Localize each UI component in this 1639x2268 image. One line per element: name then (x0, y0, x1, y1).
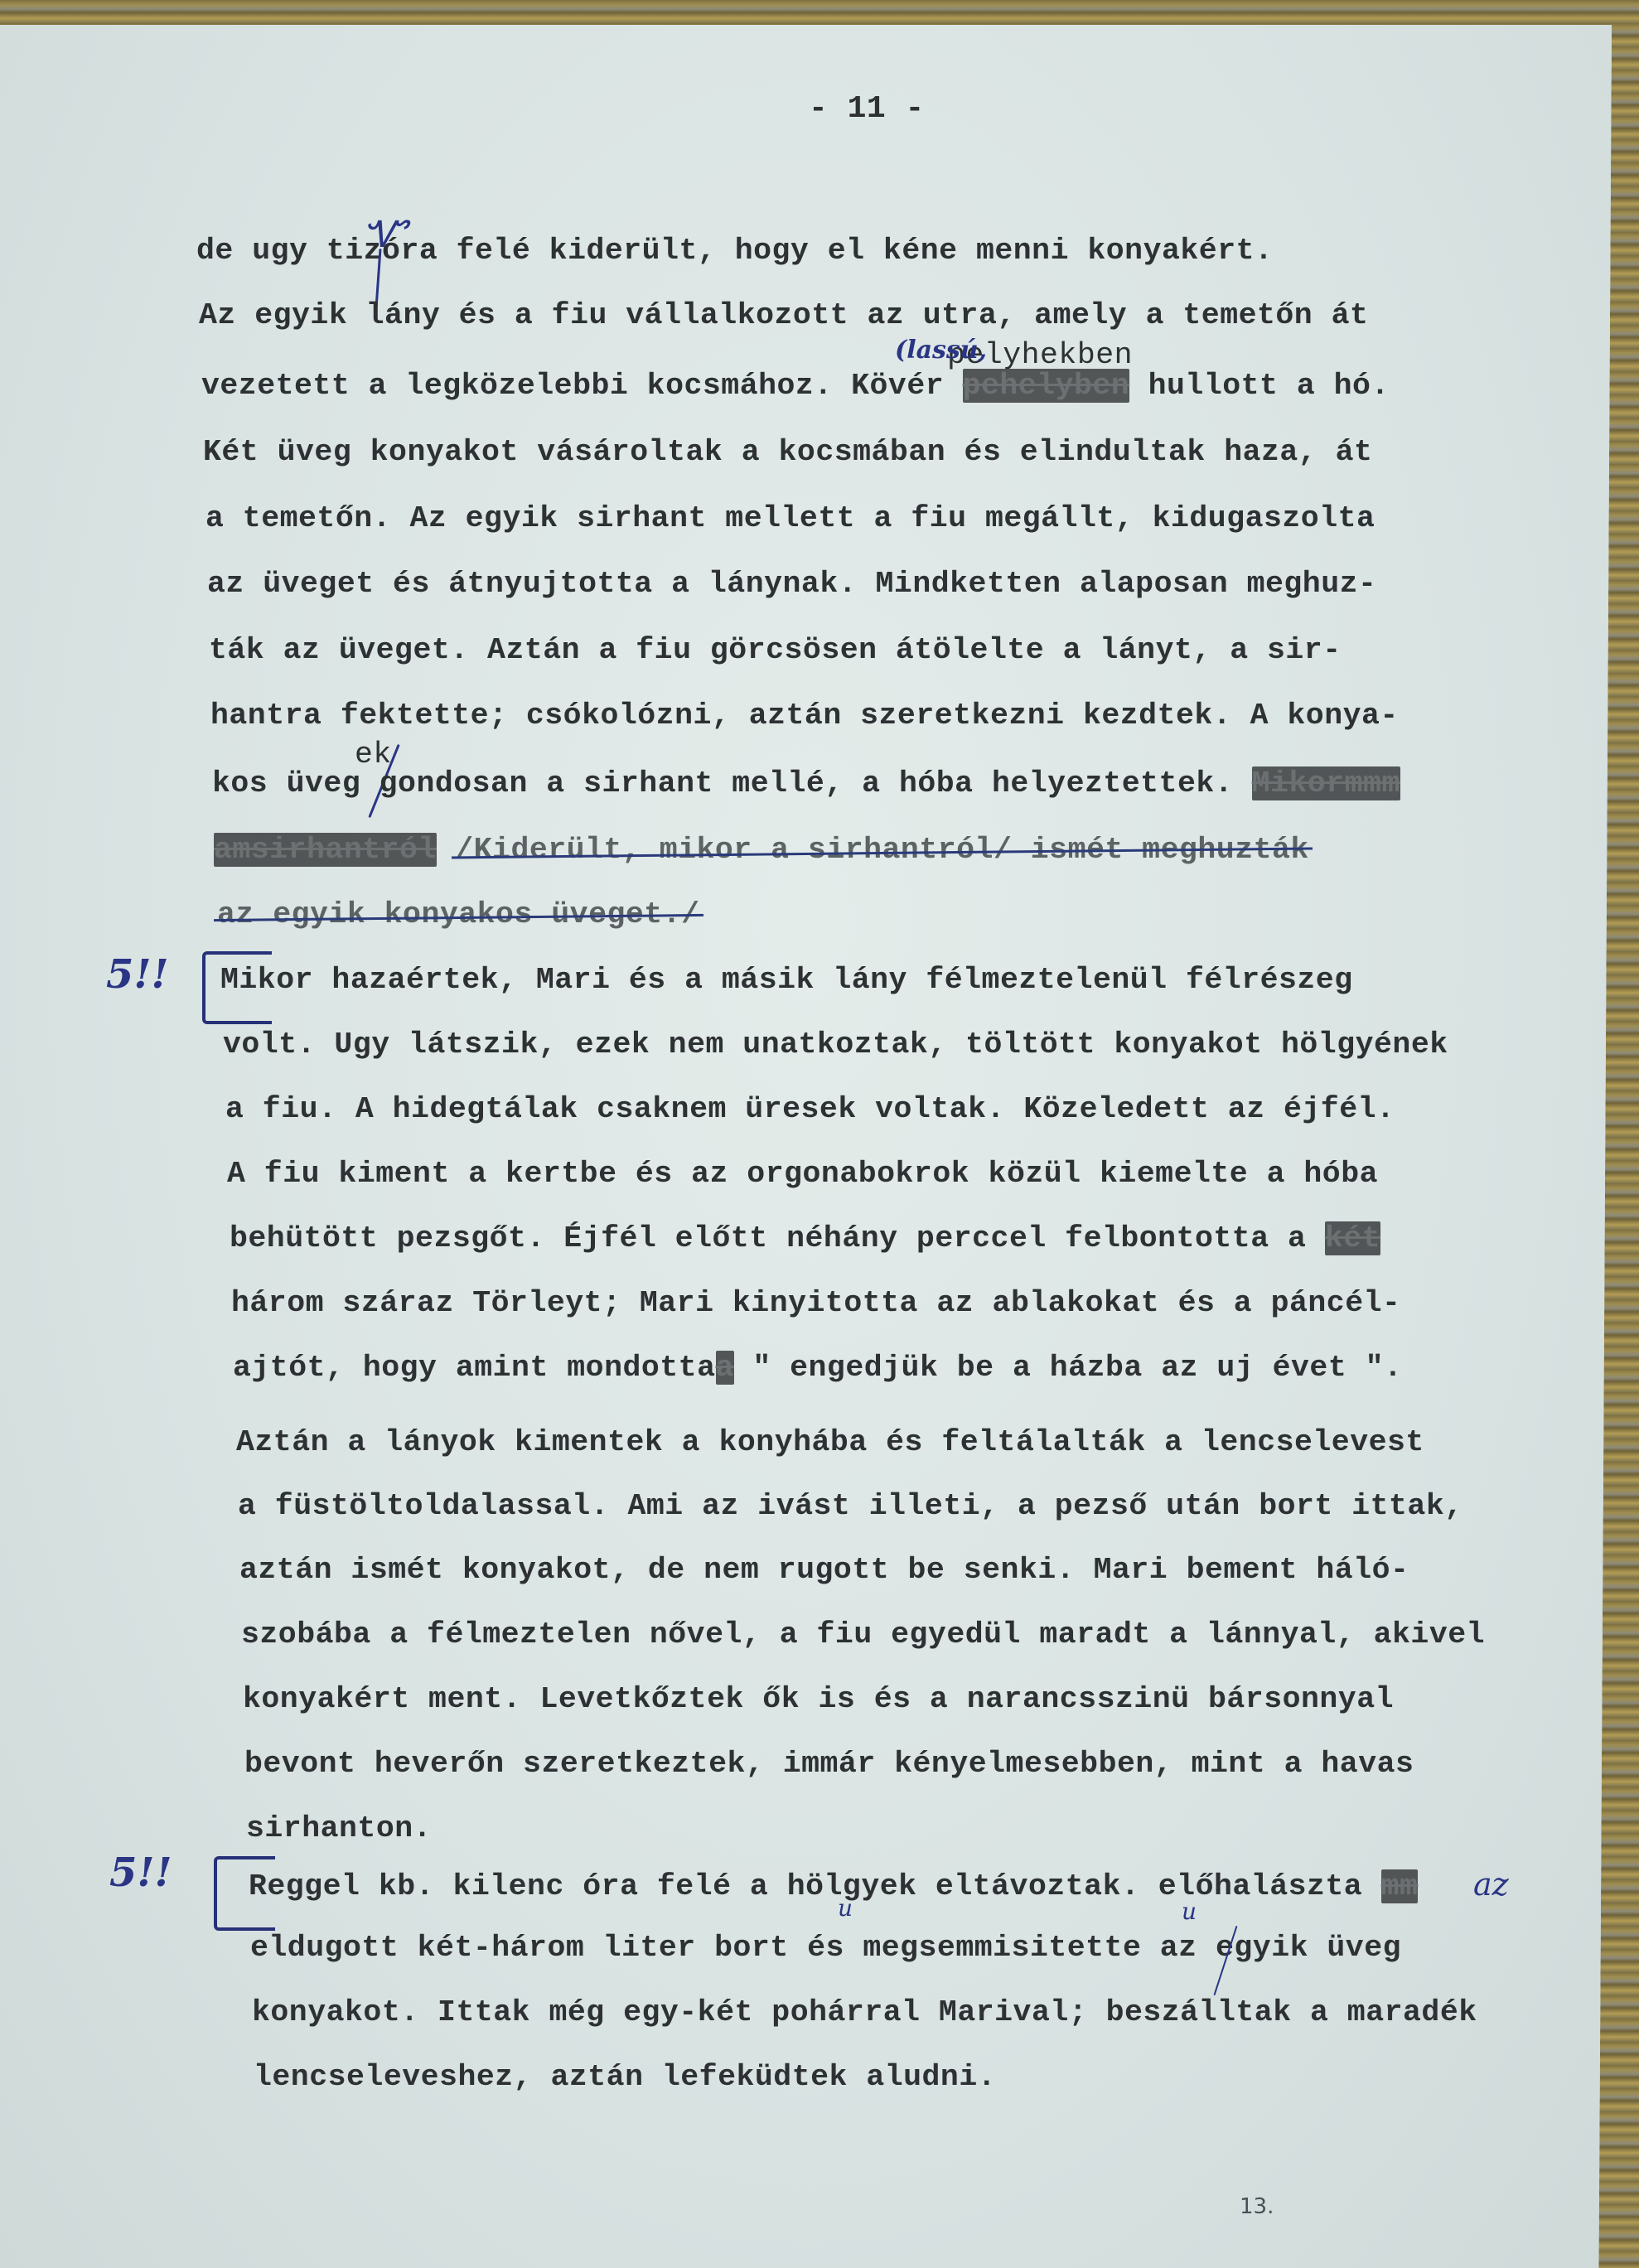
text-line-26: Reggel kb. kilenc óra felé a hölgyek elt… (249, 1869, 1418, 1903)
text-line-9-mid: gondosan a sirhant mellé, a hóba helyezt… (380, 766, 1234, 800)
text-line-19: Aztán a lányok kimentek a konyhába és fe… (236, 1425, 1424, 1459)
text-line-22: szobába a félmeztelen nővel, a fiu egyed… (241, 1618, 1485, 1651)
text-line-28: konyakot. Ittak még egy-két pohárral Mar… (252, 1995, 1477, 2029)
text-line-15: A fiu kiment a kertbe és az orgonabokrok… (227, 1157, 1378, 1191)
text-line-24: bevont heverőn szeretkeztek, immár kénye… (244, 1747, 1414, 1781)
typed-overstrike: amsirhantról (214, 833, 437, 867)
text-line-10: amsirhantról /Kiderült, mikor a sirhantr… (214, 833, 1309, 867)
text-line-16-start: behütött pezsgőt. Éjfél előtt néhány per… (230, 1221, 1306, 1255)
text-line-18: ajtót, hogy amint mondottaa " engedjük b… (233, 1351, 1402, 1385)
margin-mark-1: 5!! (106, 951, 169, 998)
handwritten-insert-lassu: (lassú, (895, 336, 987, 365)
typed-overstrike: pehelyben (963, 369, 1130, 403)
text-line-16: behütött pezsgőt. Éjfél előtt néhány per… (230, 1221, 1380, 1255)
typed-overstrike: Mikormmm (1252, 766, 1400, 800)
text-line-6: az üveget és átnyujtotta a lánynak. Mind… (207, 567, 1376, 601)
typed-overstrike: két (1325, 1221, 1380, 1255)
typed-overstrike: mm (1381, 1869, 1419, 1903)
text-line-20: a füstöltoldalassal. Ami az ivást illeti… (238, 1489, 1463, 1523)
text-line-14: a fiu. A hidegtálak csaknem üresek volta… (225, 1092, 1395, 1126)
typed-overstrike: a (716, 1351, 734, 1385)
text-line-1: de ugy tizóra felé kiderült, hogy el kén… (196, 234, 1273, 268)
text-line-3-start: vezetett a legközelebbi kocsmához. Kövér (201, 369, 944, 403)
text-line-25: sirhanton. (246, 1811, 432, 1845)
text-line-13: volt. Ugy látszik, ezek nem unatkoztak, … (223, 1028, 1448, 1061)
struck-passage-1: /Kiderült, mikor a sirhantról/ ismét meg… (455, 833, 1309, 867)
text-line-18-start: ajtót, hogy amint mondotta (233, 1351, 716, 1385)
text-line-8: hantra fektette; csókolózni, aztán szere… (210, 699, 1399, 733)
text-line-17: három száraz Törleyt; Mari kinyitotta az… (231, 1286, 1400, 1320)
page-number: - 11 - (809, 91, 925, 127)
margin-mark-2: 5!! (109, 1850, 172, 1896)
pencil-folio-number: 13. (1240, 2194, 1274, 2219)
text-line-23: konyakért ment. Levetkőztek ők is és a n… (243, 1682, 1394, 1716)
text-line-3-end: hullott a hó. (1148, 369, 1390, 403)
text-line-9: kos üveg gondosan a sirhant mellé, a hób… (212, 766, 1400, 800)
text-line-7: ták az üveget. Aztán a fiu görcsösen átö… (209, 633, 1342, 667)
text-line-4: Két üveg konyakot vásároltak a kocsmában… (203, 435, 1372, 469)
text-line-3: vezetett a legközelebbi kocsmához. Kövér… (201, 369, 1390, 403)
text-line-18-end: " engedjük be a házba az uj évet ". (752, 1351, 1402, 1385)
struck-passage-2: az egyik konyakos üveget./ (217, 897, 700, 931)
handwritten-insert-az: az (1473, 1866, 1509, 1903)
handwritten-correction-u2: u (1182, 1898, 1197, 1925)
text-line-5: a temetőn. Az egyik sirhant mellett a fi… (205, 501, 1375, 535)
text-line-12: Mikor hazaértek, Mari és a másik lány fé… (220, 963, 1353, 997)
text-line-29: lencseleveshez, aztán lefeküdtek aludni. (254, 2060, 996, 2094)
text-line-21: aztán ismét konyakot, de nem rugott be s… (239, 1553, 1409, 1587)
text-line-9-start: kos üveg (212, 766, 360, 800)
handwritten-correction-u1: u (838, 1894, 853, 1922)
handwritten-word-split-mark: Ꮙ (363, 214, 406, 256)
text-line-11: az egyik konyakos üveget./ (217, 897, 700, 931)
text-line-2: Az egyik lány és a fiu vállalkozott az u… (199, 298, 1368, 332)
